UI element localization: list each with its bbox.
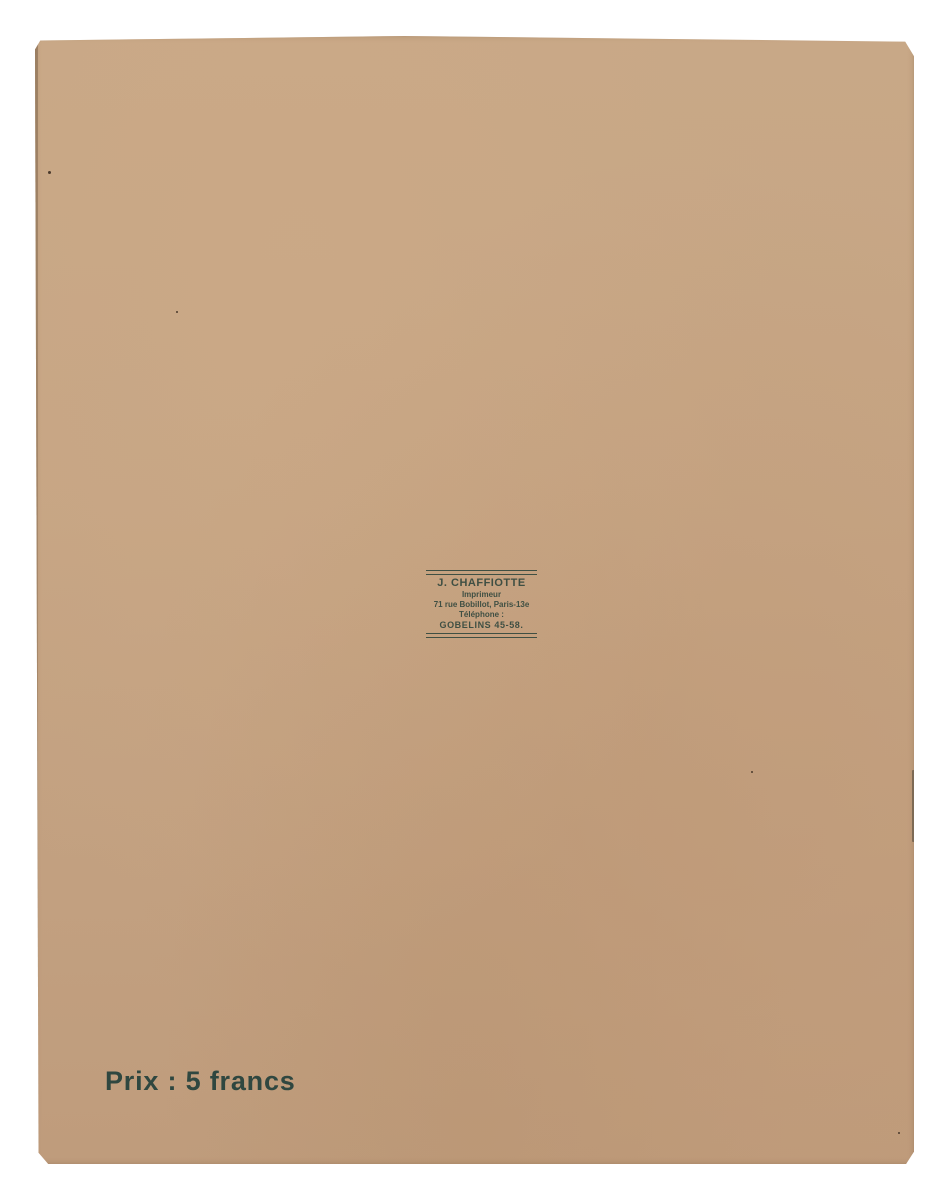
- printer-phone-label: Téléphone :: [424, 611, 539, 619]
- binding-tab-edge: [912, 770, 917, 842]
- price-label: Prix : 5 francs: [105, 1066, 296, 1097]
- printer-name: J. CHAFFIOTTE: [424, 578, 539, 589]
- stamp-bottom-rule: [426, 633, 537, 638]
- page-edge-shadow: [35, 36, 38, 1164]
- paper-speck: [898, 1132, 900, 1134]
- printer-phone: GOBELINS 45-58.: [424, 621, 539, 630]
- stamp-top-rule: [426, 570, 537, 575]
- paper-speck: [48, 171, 51, 174]
- printer-role: Imprimeur: [424, 591, 539, 599]
- printer-stamp: J. CHAFFIOTTE Imprimeur 71 rue Bobillot,…: [424, 570, 539, 638]
- printer-address: 71 rue Bobillot, Paris-13e: [424, 601, 539, 609]
- back-cover-page: J. CHAFFIOTTE Imprimeur 71 rue Bobillot,…: [35, 36, 914, 1164]
- paper-speck: [751, 771, 753, 773]
- paper-speck: [176, 311, 178, 313]
